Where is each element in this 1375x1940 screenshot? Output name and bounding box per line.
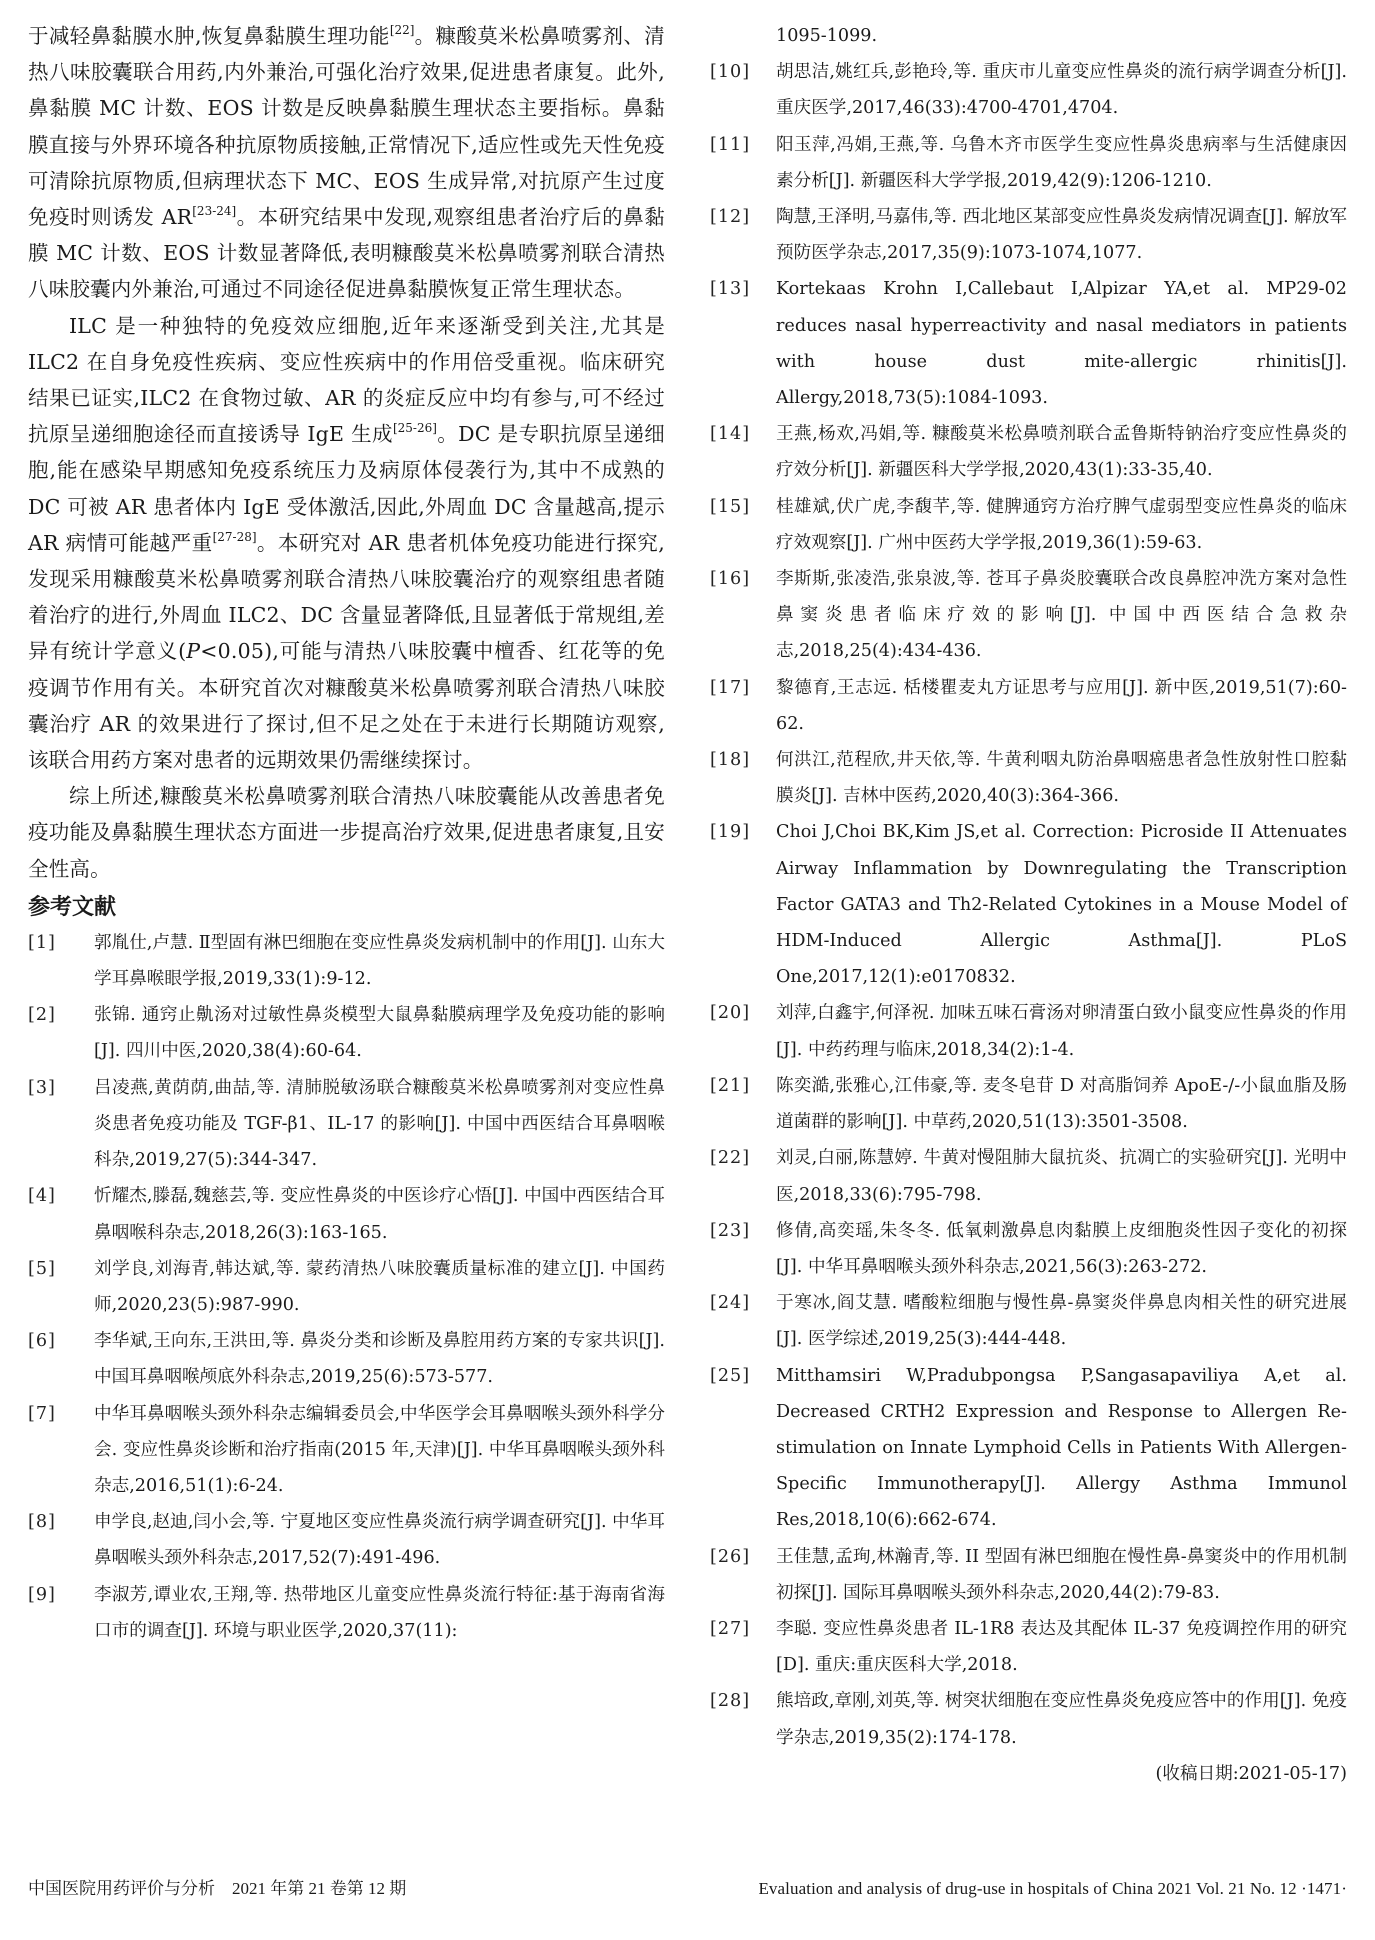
reference-item: [11]阳玉萍,冯娟,王燕,等. 乌鲁木齐市医学生变应性鼻炎患病率与生活健康因素… — [710, 127, 1347, 199]
reference-item: [7]中华耳鼻咽喉头颈外科杂志编辑委员会,中华医学会耳鼻咽喉头颈外科学分会. 变… — [28, 1396, 665, 1505]
reference-number: [8] — [28, 1504, 94, 1576]
references-heading: 参考文献 — [28, 891, 665, 925]
reference-number: [3] — [28, 1070, 94, 1179]
reference-text: Kortekaas Krohn I,Callebaut I,Alpizar YA… — [776, 271, 1347, 416]
reference-item: [3]吕凌燕,黄荫荫,曲喆,等. 清肺脱敏汤联合糠酸莫米松鼻喷雾剂对变应性鼻炎患… — [28, 1070, 665, 1179]
reference-text: 陶慧,王泽明,马嘉伟,等. 西北地区某部变应性鼻炎发病情况调查[J]. 解放军预… — [776, 199, 1347, 271]
journal-name-en-page-number: Evaluation and analysis of drug-use in h… — [758, 1877, 1347, 1901]
reference-text: 阳玉萍,冯娟,王燕,等. 乌鲁木齐市医学生变应性鼻炎患病率与生活健康因素分析[J… — [776, 127, 1347, 199]
reference-text: Mitthamsiri W,Pradubpongsa P,Sangasapavi… — [776, 1358, 1347, 1539]
reference-item: [10]胡思洁,姚红兵,彭艳玲,等. 重庆市儿童变应性鼻炎的流行病学调查分析[J… — [710, 54, 1347, 126]
reference-text: 李淑芳,谭业农,王翔,等. 热带地区儿童变应性鼻炎流行特征:基于海南省海口市的调… — [94, 1577, 665, 1649]
reference-list-right: [10]胡思洁,姚红兵,彭艳玲,等. 重庆市儿童变应性鼻炎的流行病学调查分析[J… — [710, 54, 1347, 1756]
reference-number: [20] — [710, 995, 776, 1067]
reference-item: [22]刘灵,白丽,陈慧婷. 牛黄对慢阻肺大鼠抗炎、抗凋亡的实验研究[J]. 光… — [710, 1140, 1347, 1212]
reference-item: [13]Kortekaas Krohn I,Callebaut I,Alpiza… — [710, 271, 1347, 416]
reference-text: 吕凌燕,黄荫荫,曲喆,等. 清肺脱敏汤联合糠酸莫米松鼻喷雾剂对变应性鼻炎患者免疫… — [94, 1070, 665, 1179]
reference-number: [1] — [28, 925, 94, 997]
reference-item: [19]Choi J,Choi BK,Kim JS,et al. Correct… — [710, 814, 1347, 995]
reference-number: [11] — [710, 127, 776, 199]
paragraph-text: 综上所述,糠酸莫米松鼻喷雾剂联合清热八味胶囊能从改善患者免疫功能及鼻黏膜生理状态… — [28, 784, 665, 880]
reference-number: [27] — [710, 1611, 776, 1683]
reference-text: 桂雄斌,伏广虎,李馥芊,等. 健脾通窍方治疗脾气虚弱型变应性鼻炎的临床疗效观察[… — [776, 489, 1347, 561]
reference-number: [12] — [710, 199, 776, 271]
reference-item: [26]王佳慧,孟珣,林瀚青,等. II 型固有淋巴细胞在慢性鼻-鼻窦炎中的作用… — [710, 1539, 1347, 1611]
reference-item: [24]于寒冰,阎艾慧. 嗜酸粒细胞与慢性鼻-鼻窦炎伴鼻息肉相关性的研究进展[J… — [710, 1285, 1347, 1357]
reference-number: [15] — [710, 489, 776, 561]
reference-text: 李华斌,王向东,王洪田,等. 鼻炎分类和诊断及鼻腔用药方案的专家共识[J]. 中… — [94, 1323, 665, 1395]
citation-marker[interactable]: [23-24] — [192, 204, 236, 218]
reference-text: 于寒冰,阎艾慧. 嗜酸粒细胞与慢性鼻-鼻窦炎伴鼻息肉相关性的研究进展[J]. 医… — [776, 1285, 1347, 1357]
reference-text: 申学良,赵迪,闫小会,等. 宁夏地区变应性鼻炎流行病学调查研究[J]. 中华耳鼻… — [94, 1504, 665, 1576]
reference-text: 郭胤仕,卢慧. Ⅱ型固有淋巴细胞在变应性鼻炎发病机制中的作用[J]. 山东大学耳… — [94, 925, 665, 997]
reference-number: [4] — [28, 1178, 94, 1250]
reference-text: 陈奕澔,张雅心,江伟豪,等. 麦冬皂苷 D 对高脂饲养 ApoE-/-小鼠血脂及… — [776, 1068, 1347, 1140]
reference-number: [23] — [710, 1213, 776, 1285]
reference-item: [6]李华斌,王向东,王洪田,等. 鼻炎分类和诊断及鼻腔用药方案的专家共识[J]… — [28, 1323, 665, 1395]
reference-text: 熊培政,章刚,刘英,等. 树突状细胞在变应性鼻炎免疫应答中的作用[J]. 免疫学… — [776, 1683, 1347, 1755]
paragraph: ILC 是一种独特的免疫效应细胞,近年来逐渐受到关注,尤其是 ILC2 在自身免… — [28, 308, 665, 779]
reference-number: [7] — [28, 1396, 94, 1505]
reference-item: [1]郭胤仕,卢慧. Ⅱ型固有淋巴细胞在变应性鼻炎发病机制中的作用[J]. 山东… — [28, 925, 665, 997]
reference-number: [24] — [710, 1285, 776, 1357]
reference-text: 刘灵,白丽,陈慧婷. 牛黄对慢阻肺大鼠抗炎、抗凋亡的实验研究[J]. 光明中医,… — [776, 1140, 1347, 1212]
right-column: 1095-1099. [10]胡思洁,姚红兵,彭艳玲,等. 重庆市儿童变应性鼻炎… — [710, 18, 1347, 1792]
paragraph: 综上所述,糠酸莫米松鼻喷雾剂联合清热八味胶囊能从改善患者免疫功能及鼻黏膜生理状态… — [28, 778, 665, 887]
reference-list-left: [1]郭胤仕,卢慧. Ⅱ型固有淋巴细胞在变应性鼻炎发病机制中的作用[J]. 山东… — [28, 925, 665, 1649]
reference-item: [16]李斯斯,张凌浩,张泉波,等. 苍耳子鼻炎胶囊联合改良鼻腔冲洗方案对急性鼻… — [710, 561, 1347, 670]
reference-continuation: 1095-1099. — [710, 18, 1347, 54]
reference-number: [28] — [710, 1683, 776, 1755]
reference-item: [18]何洪江,范程欣,井天依,等. 牛黄利咽丸防治鼻咽癌患者急性放射性口腔黏膜… — [710, 742, 1347, 814]
reference-number: [19] — [710, 814, 776, 995]
reference-text: 黎德育,王志远. 栝楼瞿麦丸方证思考与应用[J]. 新中医,2019,51(7)… — [776, 670, 1347, 742]
reference-number: [18] — [710, 742, 776, 814]
reference-number: [26] — [710, 1539, 776, 1611]
reference-number: [6] — [28, 1323, 94, 1395]
reference-item: [17]黎德育,王志远. 栝楼瞿麦丸方证思考与应用[J]. 新中医,2019,5… — [710, 670, 1347, 742]
reference-text: 王燕,杨欢,冯娟,等. 糠酸莫米松鼻喷剂联合孟鲁斯特钠治疗变应性鼻炎的疗效分析[… — [776, 416, 1347, 488]
reference-text: 中华耳鼻咽喉头颈外科杂志编辑委员会,中华医学会耳鼻咽喉头颈外科学分会. 变应性鼻… — [94, 1396, 665, 1505]
reference-number: [14] — [710, 416, 776, 488]
reference-text: 胡思洁,姚红兵,彭艳玲,等. 重庆市儿童变应性鼻炎的流行病学调查分析[J]. 重… — [776, 54, 1347, 126]
reference-item: [14]王燕,杨欢,冯娟,等. 糠酸莫米松鼻喷剂联合孟鲁斯特钠治疗变应性鼻炎的疗… — [710, 416, 1347, 488]
reference-number: [21] — [710, 1068, 776, 1140]
reference-text: 修倩,高奕瑶,朱冬冬. 低氧刺激鼻息肉黏膜上皮细胞炎性因子变化的初探[J]. 中… — [776, 1213, 1347, 1285]
reference-item: [28]熊培政,章刚,刘英,等. 树突状细胞在变应性鼻炎免疫应答中的作用[J].… — [710, 1683, 1347, 1755]
reference-item: [20]刘萍,白鑫宇,何泽祝. 加味五味石膏汤对卵清蛋白致小鼠变应性鼻炎的作用[… — [710, 995, 1347, 1067]
reference-text: 李聪. 变应性鼻炎患者 IL-1R8 表达及其配体 IL-37 免疫调控作用的研… — [776, 1611, 1347, 1683]
reference-item: [15]桂雄斌,伏广虎,李馥芊,等. 健脾通窍方治疗脾气虚弱型变应性鼻炎的临床疗… — [710, 489, 1347, 561]
reference-item: [2]张锦. 通窍止鼽汤对过敏性鼻炎模型大鼠鼻黏膜病理学及免疫功能的影响[J].… — [28, 997, 665, 1069]
received-date: (收稿日期:2021-05-17) — [710, 1756, 1347, 1792]
reference-item: [25]Mitthamsiri W,Pradubpongsa P,Sangasa… — [710, 1358, 1347, 1539]
reference-text: 王佳慧,孟珣,林瀚青,等. II 型固有淋巴细胞在慢性鼻-鼻窦炎中的作用机制初探… — [776, 1539, 1347, 1611]
citation-marker[interactable]: [22] — [390, 23, 415, 37]
paragraph-text: 于减轻鼻黏膜水肿,恢复鼻黏膜生理功能 — [28, 24, 390, 48]
citation-marker[interactable]: [25-26] — [393, 421, 437, 435]
reference-item: [9]李淑芳,谭业农,王翔,等. 热带地区儿童变应性鼻炎流行特征:基于海南省海口… — [28, 1577, 665, 1649]
reference-number: [9] — [28, 1577, 94, 1649]
reference-item: [8]申学良,赵迪,闫小会,等. 宁夏地区变应性鼻炎流行病学调查研究[J]. 中… — [28, 1504, 665, 1576]
citation-marker[interactable]: [27-28] — [213, 530, 257, 544]
reference-number: [22] — [710, 1140, 776, 1212]
reference-text: 张锦. 通窍止鼽汤对过敏性鼻炎模型大鼠鼻黏膜病理学及免疫功能的影响[J]. 四川… — [94, 997, 665, 1069]
reference-number: [13] — [710, 271, 776, 416]
italic-symbol: P — [186, 639, 200, 663]
journal-name-cn: 中国医院用药评价与分析 2021 年第 21 卷第 12 期 — [28, 1877, 406, 1901]
reference-item: [21]陈奕澔,张雅心,江伟豪,等. 麦冬皂苷 D 对高脂饲养 ApoE-/-小… — [710, 1068, 1347, 1140]
page-footer: 中国医院用药评价与分析 2021 年第 21 卷第 12 期 Evaluatio… — [28, 1877, 1347, 1901]
reference-number: [5] — [28, 1251, 94, 1323]
left-column: 于减轻鼻黏膜水肿,恢复鼻黏膜生理功能[22]。糠酸莫米松鼻喷雾剂、清热八味胶囊联… — [28, 18, 665, 1649]
reference-item: [5]刘学良,刘海青,韩达斌,等. 蒙药清热八味胶囊质量标准的建立[J]. 中国… — [28, 1251, 665, 1323]
reference-number: [10] — [710, 54, 776, 126]
reference-text: Choi J,Choi BK,Kim JS,et al. Correction:… — [776, 814, 1347, 995]
paragraph-text: 。糠酸莫米松鼻喷雾剂、清热八味胶囊联合用药,内外兼治,可强化治疗效果,促进患者康… — [28, 24, 665, 229]
reference-item: [23]修倩,高奕瑶,朱冬冬. 低氧刺激鼻息肉黏膜上皮细胞炎性因子变化的初探[J… — [710, 1213, 1347, 1285]
reference-text: 何洪江,范程欣,井天依,等. 牛黄利咽丸防治鼻咽癌患者急性放射性口腔黏膜炎[J]… — [776, 742, 1347, 814]
reference-item: [4]忻耀杰,滕磊,魏慈芸,等. 变应性鼻炎的中医诊疗心悟[J]. 中国中西医结… — [28, 1178, 665, 1250]
reference-number: [17] — [710, 670, 776, 742]
reference-text: 刘学良,刘海青,韩达斌,等. 蒙药清热八味胶囊质量标准的建立[J]. 中国药师,… — [94, 1251, 665, 1323]
paragraph: 于减轻鼻黏膜水肿,恢复鼻黏膜生理功能[22]。糠酸莫米松鼻喷雾剂、清热八味胶囊联… — [28, 18, 665, 308]
reference-text: 忻耀杰,滕磊,魏慈芸,等. 变应性鼻炎的中医诊疗心悟[J]. 中国中西医结合耳鼻… — [94, 1178, 665, 1250]
reference-number: [25] — [710, 1358, 776, 1539]
reference-text: 刘萍,白鑫宇,何泽祝. 加味五味石膏汤对卵清蛋白致小鼠变应性鼻炎的作用[J]. … — [776, 995, 1347, 1067]
body-text: 于减轻鼻黏膜水肿,恢复鼻黏膜生理功能[22]。糠酸莫米松鼻喷雾剂、清热八味胶囊联… — [28, 18, 665, 887]
reference-text: 李斯斯,张凌浩,张泉波,等. 苍耳子鼻炎胶囊联合改良鼻腔冲洗方案对急性鼻窦炎患者… — [776, 561, 1347, 670]
reference-item: [12]陶慧,王泽明,马嘉伟,等. 西北地区某部变应性鼻炎发病情况调查[J]. … — [710, 199, 1347, 271]
reference-item: [27]李聪. 变应性鼻炎患者 IL-1R8 表达及其配体 IL-37 免疫调控… — [710, 1611, 1347, 1683]
reference-number: [2] — [28, 997, 94, 1069]
reference-number: [16] — [710, 561, 776, 670]
